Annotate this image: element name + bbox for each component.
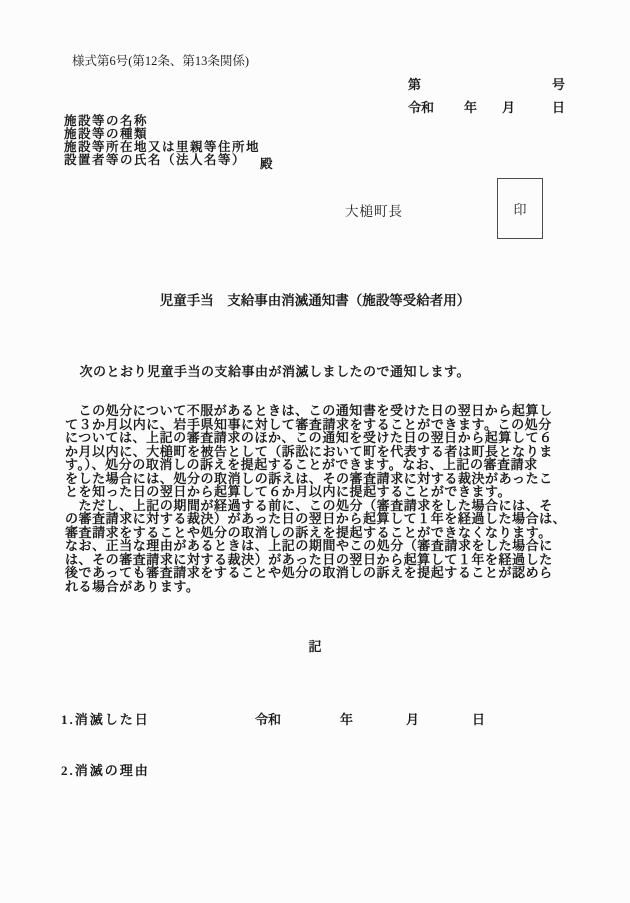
notice-document-page: 様式第6号(第12条、第13条関係) 第 号 令和 年 月 日 施設等の名称 施… <box>0 0 630 903</box>
body-line: とを知った日の翌日から起算して６か月以内に提起することができます。 <box>65 485 575 499</box>
body-line: ただし、上記の期間が経過する前に、この処分（審査請求をした場合には、そ <box>65 499 575 513</box>
issuer-mayor-name: 大槌町長 <box>345 200 403 220</box>
recipient-founder-name-label: 設置者等の氏名（法人名等） <box>64 154 246 167</box>
body-line: す。）、処分の取消しの訴えを提起することができます。なお、上記の審査請求 <box>65 458 575 472</box>
body-line: この処分について不服があるときは、この通知書を受けた日の翌日から起算し <box>65 404 575 418</box>
item1-month-label: 月 <box>406 709 419 728</box>
body-line: の審査請求に対する裁決）があった日の翌日から起算して１年を経過した場合は、 <box>65 512 575 526</box>
doc-number-suffix: 号 <box>552 74 565 93</box>
body-line: なお、正当な理由があるときは、上記の期間やこの処分（審査請求をした場合に <box>65 539 575 553</box>
item1-year-label: 年 <box>340 709 353 728</box>
doc-number-prefix: 第 <box>408 74 421 93</box>
body-line: は、その審査請求に対する裁決）があった日の翌日から起算して１年を経過した <box>65 553 575 567</box>
seal-placeholder-label: 印 <box>513 199 526 218</box>
body-line: か月以内に、大槌町を被告として（訴訟において町を代表する者は町長となりま <box>65 445 575 459</box>
item1-extinguish-date-label: 1.消滅した日 <box>61 709 150 728</box>
item2-extinguish-reason-label: 2.消滅の理由 <box>61 760 150 779</box>
seal-box: 印 <box>497 178 543 239</box>
appeal-instructions-paragraphs: この処分について不服があるときは、この通知書を受けた日の翌日から起算し て３か月… <box>65 404 575 593</box>
date-month-label: 月 <box>502 97 515 116</box>
item1-day-label: 日 <box>472 709 485 728</box>
recipient-honorific: 殿 <box>260 154 273 172</box>
document-title: 児童手当 支給事由消滅通知書（施設等受給者用） <box>0 289 630 309</box>
intro-sentence: 次のとおり児童手当の支給事由が消滅しましたので通知します。 <box>66 361 470 380</box>
ki-section-marker: 記 <box>0 636 630 655</box>
form-number: 様式第6号(第12条、第13条関係) <box>72 51 249 69</box>
body-line: をした場合には、処分の取消しの訴えは、その審査請求に対する裁決があったこ <box>65 472 575 486</box>
body-line: れる場合があります。 <box>65 580 575 594</box>
date-year-label: 年 <box>464 97 477 116</box>
body-line: 審査請求をすることや処分の取消しの訴えを提起することができなくなります。 <box>65 526 575 540</box>
item1-era-label: 令和 <box>255 709 281 728</box>
body-line: 後であっても審査請求をすることや処分の取消しの訴えを提起することが認めら <box>65 566 575 580</box>
date-era-label: 令和 <box>408 97 434 116</box>
body-line: て３か月以内に、岩手県知事に対して審査請求をすることができます。この処分 <box>65 418 575 432</box>
body-line: については、上記の審査請求のほか、この通知を受けた日の翌日から起算して６ <box>65 431 575 445</box>
date-day-label: 日 <box>552 97 565 116</box>
